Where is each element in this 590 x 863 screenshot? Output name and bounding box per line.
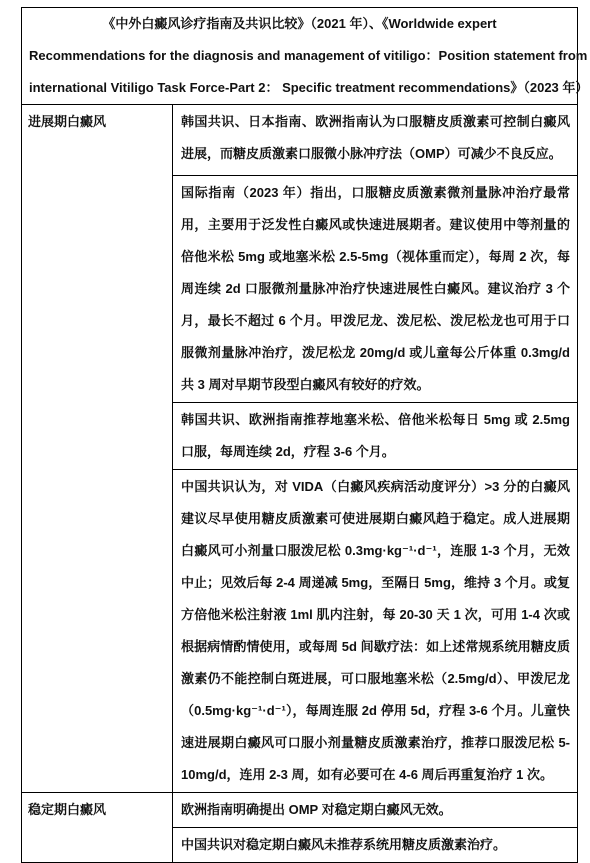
table-title: 《中外白癜风诊疗指南及共识比较》（2021 年）、《Worldwide expe… (22, 8, 577, 105)
guideline-cell: 欧洲指南明确提出 OMP 对稳定期白癜风无效。 (173, 793, 577, 827)
guideline-cell: 国际指南（2023 年）指出，口服糖皮质激素微剂量脉冲治疗最常用，主要用于泛发性… (173, 175, 577, 402)
document-page: 《中外白癜风诊疗指南及共识比较》（2021 年）、《Worldwide expe… (0, 0, 590, 863)
table-row-stable-vitiligo: 稳定期白癜风 欧洲指南明确提出 OMP 对稳定期白癜风无效。 中国共识对稳定期白… (22, 792, 577, 862)
row-content-cells: 欧洲指南明确提出 OMP 对稳定期白癜风无效。 中国共识对稳定期白癜风未推荐系统… (173, 793, 577, 862)
guideline-comparison-table: 《中外白癜风诊疗指南及共识比较》（2021 年）、《Worldwide expe… (21, 7, 578, 863)
row-label-cell: 稳定期白癜风 (22, 793, 173, 862)
row-content-cells: 韩国共识、日本指南、欧洲指南认为口服糖皮质激素可控制白癜风进展，而糖皮质激素口服… (173, 105, 577, 792)
row-label-cell: 进展期白癜风 (22, 105, 173, 792)
guideline-cell: 中国共识对稳定期白癜风未推荐系统用糖皮质激素治疗。 (173, 827, 577, 862)
guideline-cell: 韩国共识、欧洲指南推荐地塞米松、倍他米松每日 5mg 或 2.5mg 口服，每周… (173, 402, 577, 469)
guideline-cell: 中国共识认为，对 VIDA（白癜风疾病活动度评分）>3 分的白癜风建议尽早使用糖… (173, 469, 577, 792)
title-line-3: international Vitiligo Task Force-Part 2… (29, 72, 570, 104)
title-line-1: 《中外白癜风诊疗指南及共识比较》（2021 年）、《Worldwide expe… (29, 8, 570, 40)
table-row-progressive-vitiligo: 进展期白癜风 韩国共识、日本指南、欧洲指南认为口服糖皮质激素可控制白癜风进展，而… (22, 105, 577, 792)
title-line-2: Recommendations for the diagnosis and ma… (29, 40, 570, 72)
guideline-cell: 韩国共识、日本指南、欧洲指南认为口服糖皮质激素可控制白癜风进展，而糖皮质激素口服… (173, 105, 577, 175)
